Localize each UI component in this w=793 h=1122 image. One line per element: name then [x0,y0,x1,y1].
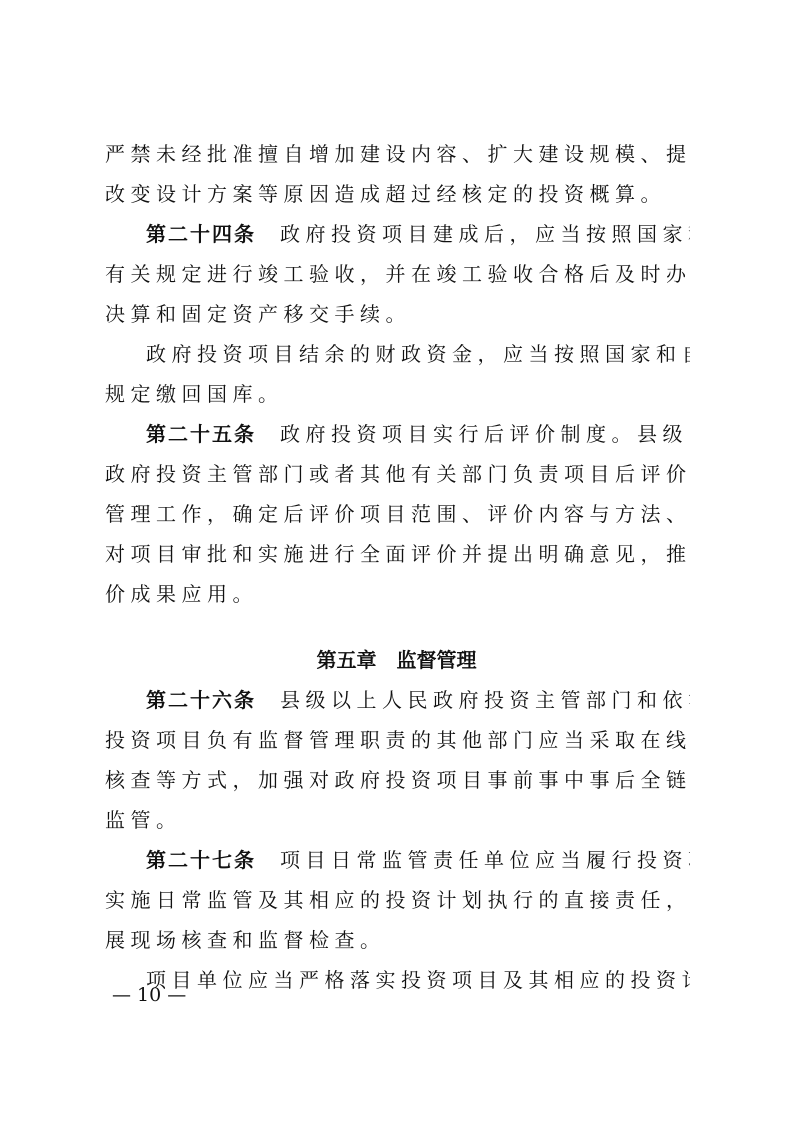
text-line: 改变设计方案等原因造成超过经核定的投资概算。 [105,176,690,212]
text-line: 投资项目负有监督管理职责的其他部门应当采取在线监测、现场 [105,722,690,758]
article-number: 第二十四条 [146,222,256,246]
text-line: 县级以上人民政府投资主管部门和依法对政府 [280,688,690,712]
text-line: 监管。 [105,802,690,838]
text-line: 政府投资项目结余的财政资金，应当按照国家和自治区有关 [146,336,690,372]
article-26: 第二十六条县级以上人民政府投资主管部门和依法对政府 [146,682,690,718]
article-24: 第二十四条政府投资项目建成后，应当按照国家和自治区 [146,216,690,252]
article-27: 第二十七条项目日常监管责任单位应当履行投资项目建设 [146,842,690,878]
text-line: 政府投资项目实行后评价制度。县级以上人民 [280,422,690,446]
text-line: 管理工作，确定后评价项目范围、评价内容与方法、评价工作规范， [105,496,690,532]
article-25: 第二十五条政府投资项目实行后评价制度。县级以上人民 [146,416,690,452]
text-line: 规定缴回国库。 [105,376,690,412]
chapter-number: 第五章 [317,648,377,672]
text-line: 展现场核查和监督检查。 [105,922,690,958]
text-line: 政府投资主管部门或者其他有关部门负责项目后评价的组织实施 [105,456,690,492]
text-line: 项目日常监管责任单位应当履行投资项目建设 [280,848,690,872]
article-number: 第二十七条 [146,848,256,872]
text-line: 对项目审批和实施进行全面评价并提出明确意见，推动项目后评 [105,536,690,572]
text-line: 有关规定进行竣工验收，并在竣工验收合格后及时办理竣工财务 [105,256,690,292]
article-number: 第二十五条 [146,422,256,446]
text-line: 实施日常监管及其相应的投资计划执行的直接责任，按照规定开 [105,882,690,918]
text-line: 决算和固定资产移交手续。 [105,296,690,332]
text-line: 价成果应用。 [105,576,690,612]
chapter-title: 监督管理 [397,648,477,672]
text-line: 政府投资项目建成后，应当按照国家和自治区 [280,222,690,246]
document-page: 严禁未经批准擅自增加建设内容、扩大建设规模、提高建设标准、 改变设计方案等原因造… [0,0,793,1122]
chapter-heading: 第五章监督管理 [0,642,793,678]
article-number: 第二十六条 [146,688,256,712]
page-number: — 10 — [112,980,186,1010]
text-line: 项目单位应当严格落实投资项目及其相应的投资计划执行的 [146,962,690,998]
text-line: 核查等方式，加强对政府投资项目事前事中事后全链条全领域 [105,762,690,798]
text-line: 严禁未经批准擅自增加建设内容、扩大建设规模、提高建设标准、 [105,136,690,172]
